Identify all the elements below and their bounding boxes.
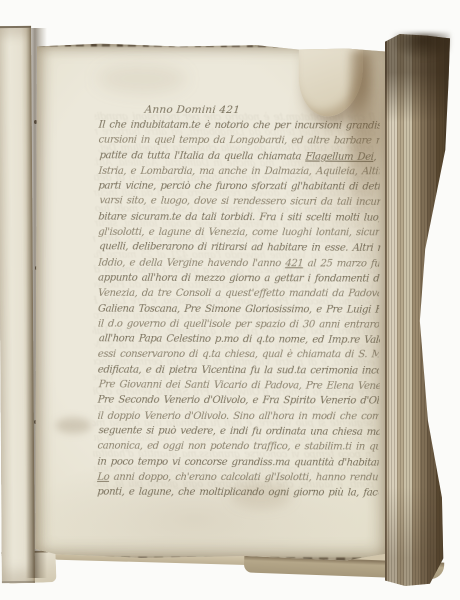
handwritten-text: edificata, e di pietra Vicentina fu la s… [97, 364, 379, 376]
manuscript-line: all'hora Papa Celestino p.mo di q.to nom… [98, 331, 380, 348]
foxing-stain [56, 417, 92, 433]
book-fore-edge [385, 34, 452, 586]
manuscript-page: Il che indubitatam.te è notorio che per … [35, 43, 390, 560]
manuscript-line: quelli, deliberarono di ritirarsi ad hab… [99, 240, 381, 257]
damaged-corner-shadow [348, 50, 391, 226]
handwritten-text: il d.o governo di quell'isole per spazio… [98, 318, 380, 330]
manuscript-line: Pre Secondo Venerio d'Olivolo, e Fra Spi… [97, 393, 379, 409]
manuscript-line: Lo anni doppo, ch'erano calcolati gl'Iso… [97, 470, 379, 486]
manuscript-line: essi conservarono di q.ta chiesa, qual è… [97, 347, 379, 363]
handwritten-text: cursioni in quel tempo da Longobardi, ed… [98, 135, 380, 147]
manuscript-line: cursioni in quel tempo da Longobardi, ed… [98, 133, 380, 149]
manuscript-line: bitare sicuram.te da tali torbidi. Fra i… [98, 209, 380, 225]
handwritten-text: essi conservarono di q.ta chiesa, qual è… [97, 349, 379, 361]
manuscript-line: Galiena Toscana, Pre Simone Gloriosissim… [97, 301, 379, 317]
handwritten-text: Pre Secondo Venerio d'Olivolo, e Fra Spi… [97, 395, 379, 407]
handwritten-text: canonica, ed oggi non potendo traffico, … [97, 441, 379, 453]
handwritten-text: bitare sicuram.te da tali torbidi. Fra i… [98, 211, 380, 223]
manuscript-line: in poco tempo vi concorse grandiss.ma qu… [97, 454, 379, 470]
handwritten-text: quelli, deliberarono di ritirarsi ad hab… [99, 242, 381, 255]
fore-edge-dark-cap [392, 33, 450, 59]
foxing-stain [97, 64, 187, 94]
handwritten-text: Istria, e Lombardia, ma anche in Dalmazi… [98, 166, 380, 177]
manuscript-line: varsi sito, e luogo, dove si rendessero … [99, 194, 381, 211]
manuscript-line: Il che indubitatam.te è notorio che per … [98, 118, 380, 134]
stitch-dot [34, 120, 37, 124]
handwritten-text: in poco tempo vi concorse grandiss.ma qu… [97, 456, 379, 468]
manuscript-line: patite da tutta l'Italia da quella chiam… [99, 148, 381, 165]
handwritten-text: Venezia, da tre Consoli a quest'effetto … [98, 288, 380, 300]
handwritten-text: appunto all'hora di mezzo giorno a getta… [98, 273, 380, 285]
manuscript-line: Pre Giovanni dei Santi Vicario di Padova… [98, 377, 380, 394]
handwritten-text: Pre Giovanni dei Santi Vicario di Padova… [98, 379, 380, 392]
manuscript-line: Venezia, da tre Consoli a quest'effetto … [97, 286, 379, 302]
handwritten-text: il doppio Venerio d'Olivolo. Sino all'ho… [97, 411, 379, 422]
manuscript-line: il d.o governo di quell'isole per spazio… [97, 316, 379, 332]
manuscript-text-block: Anno Domini 421 Il che indubitatam.te è … [97, 102, 379, 501]
handwritten-text: all'hora Papa Celestino p.mo di q.to nom… [98, 333, 380, 346]
handwritten-text: ponti, e lagune, che moltiplicando ogni … [97, 487, 379, 499]
handwritten-text: anni doppo, ch'erano calcolati gl'Isolot… [109, 472, 379, 483]
page-top-edge [39, 43, 384, 47]
manuscript-line: Iddio, e della Vergine havendo l'anno 42… [98, 255, 380, 271]
photo-background: { "photo": { "subject": "open antique ma… [0, 0, 460, 600]
manuscript-lines: Il che indubitatam.te è notorio che per … [97, 118, 379, 501]
manuscript-line: seguente si può vedere, e indi fu ordina… [98, 423, 380, 440]
handwritten-text: Galiena Toscana, Pre Simone Gloriosissim… [98, 303, 380, 315]
handwritten-text: parti vicine, perciò che furono sforzati… [98, 181, 380, 193]
manuscript-line: appunto all'hora di mezzo giorno a getta… [98, 271, 380, 287]
handwritten-text: gl'isolotti, e lagune di Venezia, come l… [98, 227, 380, 238]
handwritten-text: Il che indubitatam.te è notorio che per … [98, 120, 380, 132]
underlined-word: 421 [285, 258, 304, 269]
manuscript-line: canonica, ed oggi non potendo traffico, … [97, 439, 379, 455]
manuscript-line: Istria, e Lombardia, ma anche in Dalmazi… [98, 164, 380, 180]
handwritten-text: varsi sito, e luogo, dove si rendessero … [99, 196, 381, 209]
manuscript-line: edificata, e di pietra Vicentina fu la s… [97, 362, 379, 378]
underlined-word: Lo [97, 472, 110, 483]
manuscript-line: il doppio Venerio d'Olivolo. Sino all'ho… [97, 409, 379, 425]
manuscript-line: gl'isolotti, e lagune di Venezia, come l… [98, 225, 380, 241]
manuscript-line: ponti, e lagune, che moltiplicando ogni … [97, 485, 379, 501]
handwritten-text: patite da tutta l'Italia da quella chiam… [99, 150, 306, 162]
handwritten-text: Iddio, e della Vergine havendo l'anno [98, 257, 286, 269]
handwritten-text: seguente si può vedere, e indi fu ordina… [98, 425, 380, 438]
handwritten-text: al 25 marzo fu dato principio [303, 258, 380, 270]
